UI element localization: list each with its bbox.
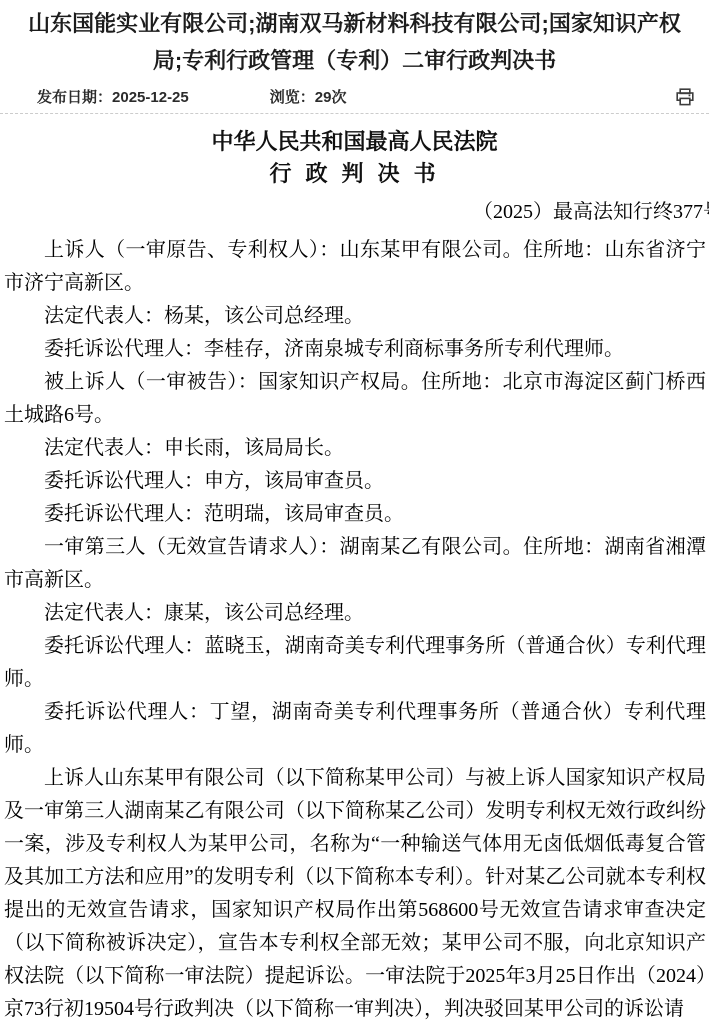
publish-date: 发布日期：2025-12-25 [37,86,189,107]
judgment-paragraph: 法定代表人：康某，该公司总经理。 [4,597,706,630]
judgment-page: 山东国能实业有限公司;湖南双马新材料科技有限公司;国家知识产权局;专利行政管理（… [0,0,709,1020]
publish-date-label: 发布日期： [37,89,112,106]
judgment-paragraph: 委托诉讼代理人：申方，该局审查员。 [4,465,706,498]
publish-date-value: 2025-12-25 [112,89,189,106]
meta-bar: 发布日期：2025-12-25 浏览：29次 [0,82,709,114]
view-count-label: 浏览： [270,89,315,106]
judgment-document: 中华人民共和国最高人民法院 行 政 判 决 书 （2025）最高法知行终377号… [0,126,709,1020]
judgment-paragraph: 委托诉讼代理人：范明瑞，该局审查员。 [4,498,706,531]
judgment-paragraph: 上诉人山东某甲有限公司（以下简称某甲公司）与被上诉人国家知识产权局及一审第三人湖… [4,762,706,1020]
view-count-value: 29次 [315,89,347,106]
judgment-paragraph: 委托诉讼代理人：蓝晓玉，湖南奇美专利代理事务所（普通合伙）专利代理师。 [4,630,706,696]
judgment-paragraph: 委托诉讼代理人：李桂存，济南泉城专利商标事务所专利代理师。 [4,333,706,366]
judgment-paragraph: 被上诉人（一审被告）：国家知识产权局。住所地：北京市海淀区蓟门桥西土城路6号。 [4,366,706,432]
page-title: 山东国能实业有限公司;湖南双马新材料科技有限公司;国家知识产权局;专利行政管理（… [0,0,709,79]
judgment-paragraph: 法定代表人：申长雨，该局局长。 [4,432,706,465]
judgment-paragraph: 法定代表人：杨某，该公司总经理。 [4,300,706,333]
view-count: 浏览：29次 [270,86,347,107]
judgment-paragraph: 委托诉讼代理人：丁望，湖南奇美专利代理事务所（普通合伙）专利代理师。 [4,696,706,762]
printer-icon [676,88,694,106]
case-number: （2025）最高法知行终377号 [0,196,709,228]
judgment-paragraph: 一审第三人（无效宣告请求人）：湖南某乙有限公司。住所地：湖南省湘潭市高新区。 [4,531,706,597]
print-button[interactable] [675,87,695,107]
judgment-paragraph: 上诉人（一审原告、专利权人）：山东某甲有限公司。住所地：山东省济宁市济宁高新区。 [4,234,706,300]
document-type: 行 政 判 决 书 [0,158,709,190]
judgment-paragraphs: 上诉人（一审原告、专利权人）：山东某甲有限公司。住所地：山东省济宁市济宁高新区。… [0,234,709,1020]
court-name: 中华人民共和国最高人民法院 [0,126,709,158]
